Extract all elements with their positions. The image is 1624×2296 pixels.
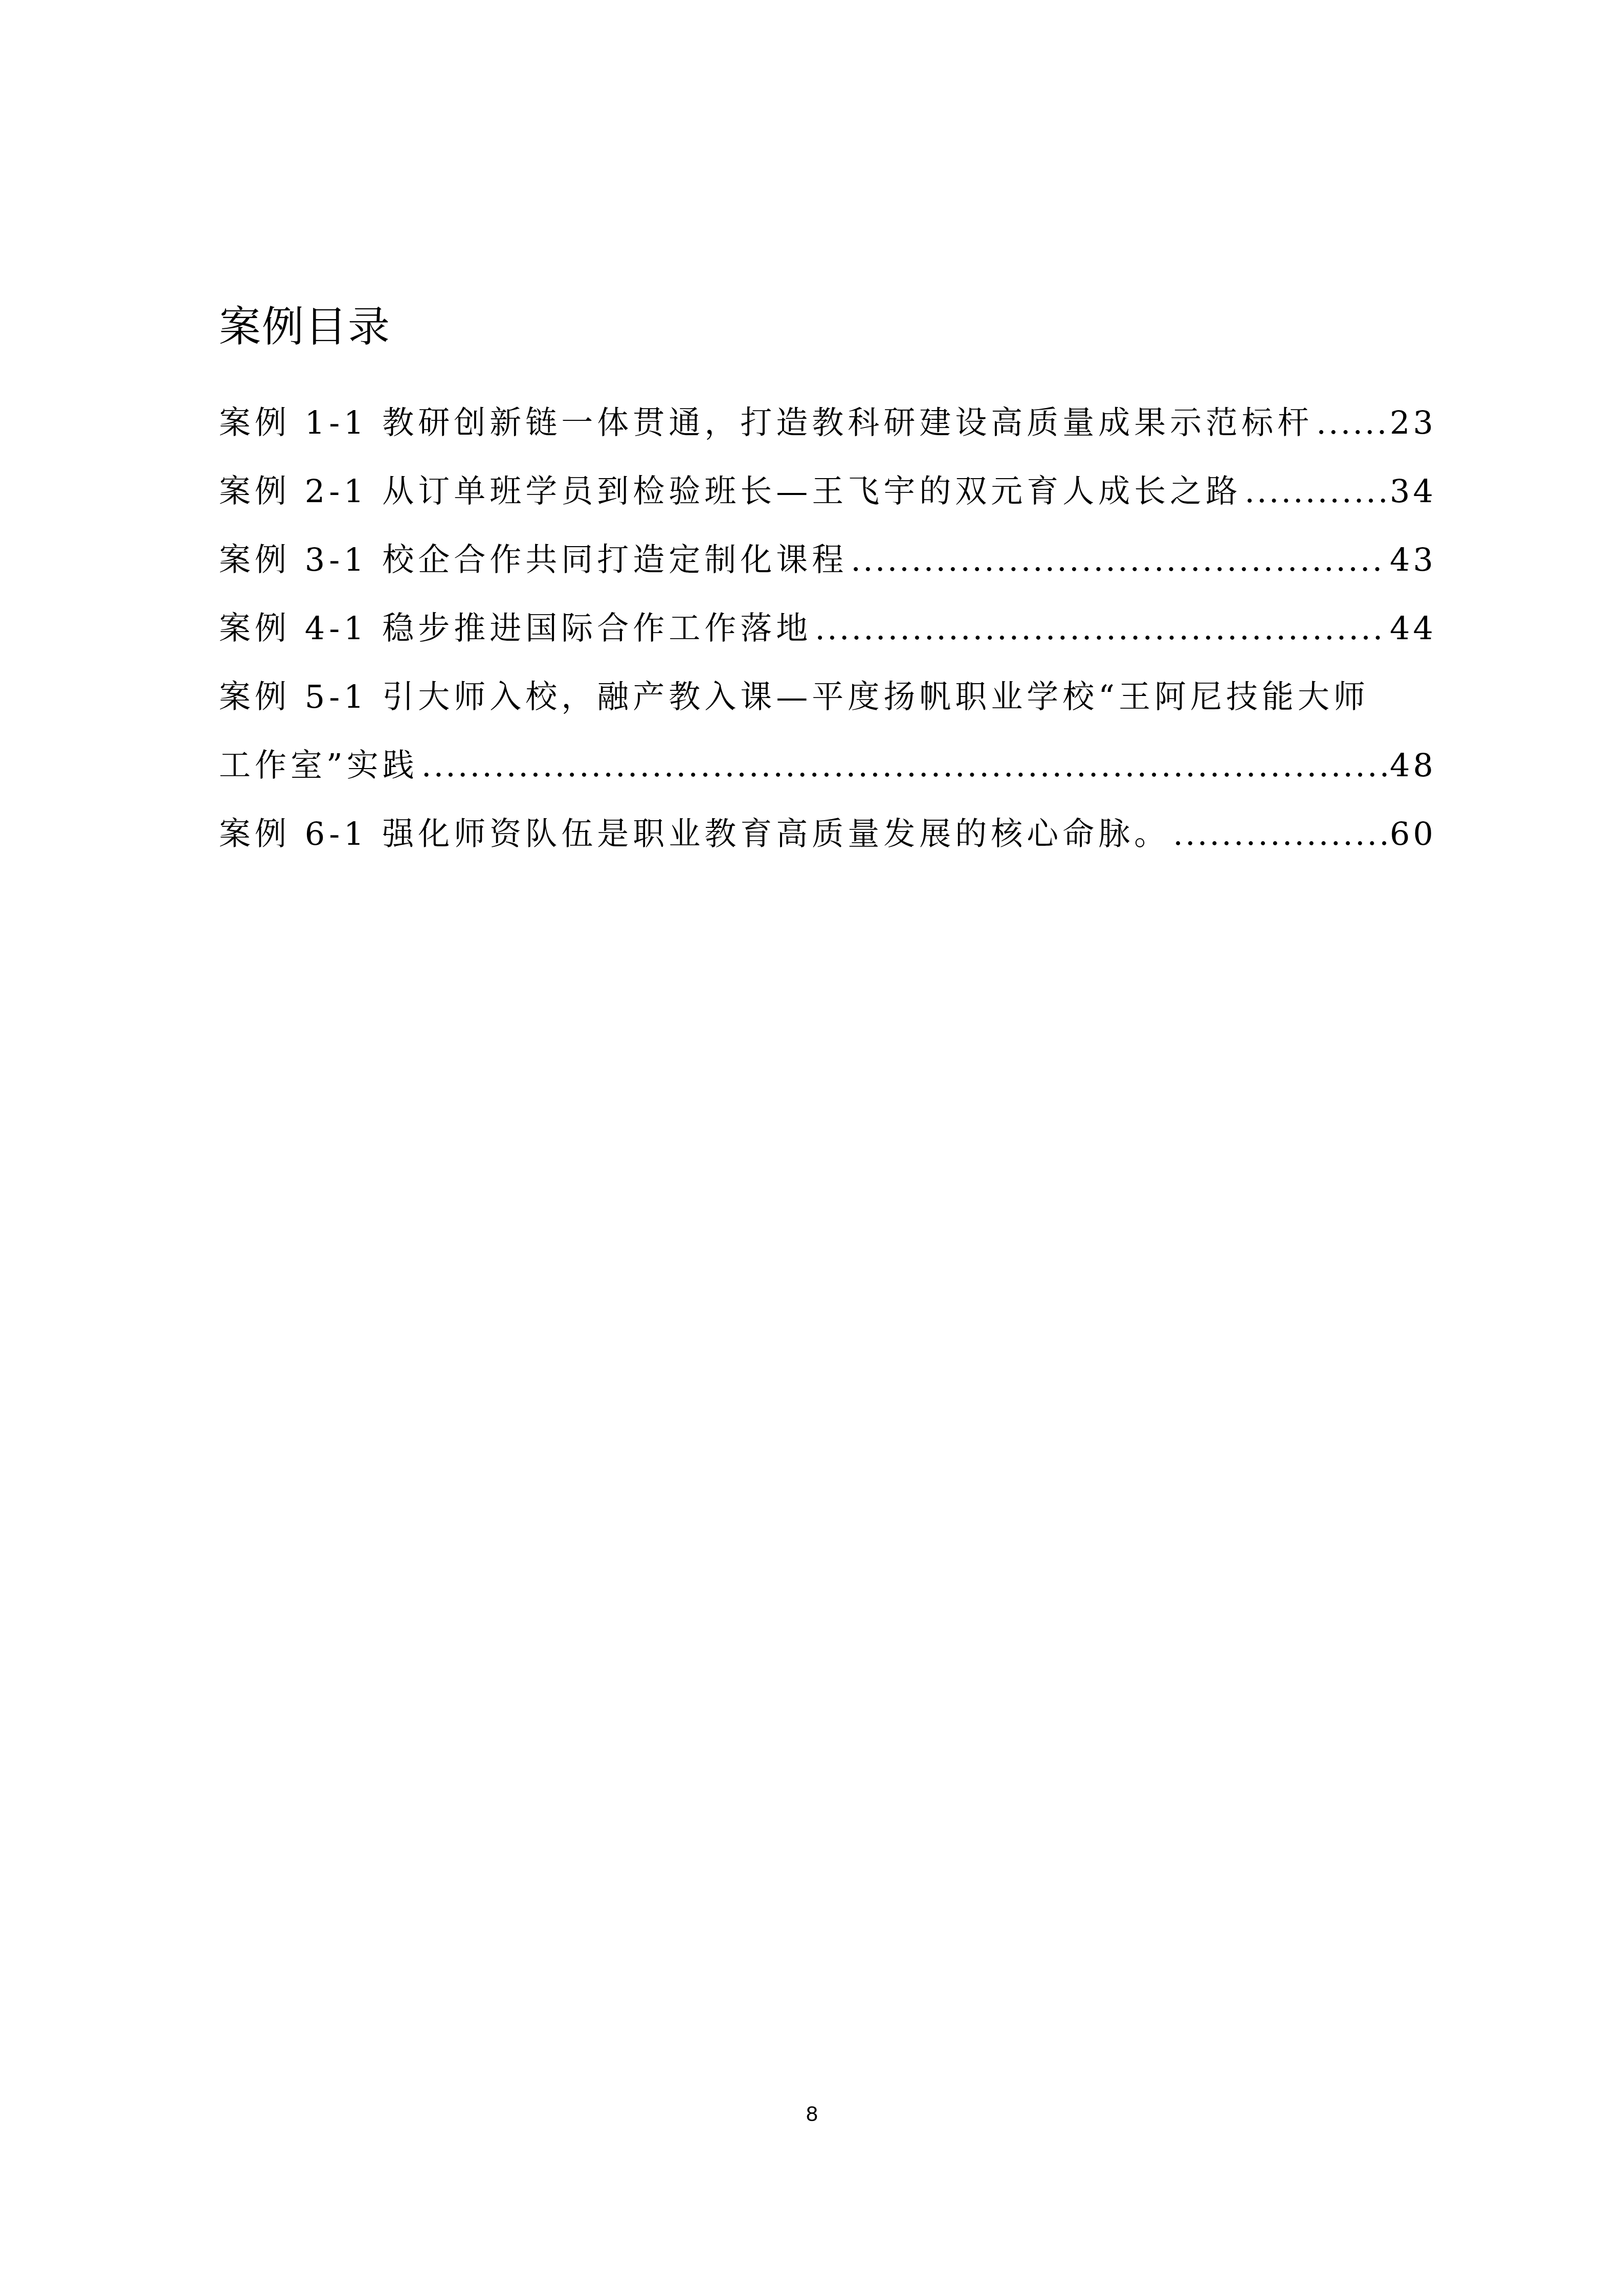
- dot-leader: [421, 731, 1387, 800]
- toc-entry-title-line2: 工作室”实践: [219, 731, 418, 800]
- table-of-contents: 案例 1-1 教研创新链一体贯通，打造教科研建设高质量成果示范标杆 23 案例 …: [219, 389, 1436, 868]
- document-page: 案例目录 案例 1-1 教研创新链一体贯通，打造教科研建设高质量成果示范标杆 2…: [0, 0, 1624, 2296]
- toc-entry-page: 60: [1390, 800, 1436, 868]
- toc-entry-page: 44: [1390, 594, 1436, 663]
- dot-leader: [1316, 389, 1387, 457]
- toc-entry-title: 案例 2-1 从订单班学员到检验班长—王飞宇的双元育人成长之路: [219, 457, 1241, 526]
- toc-entry-title: 案例 3-1 校企合作共同打造定制化课程: [219, 526, 848, 594]
- toc-entry[interactable]: 案例 4-1 稳步推进国际合作工作落地 44: [219, 594, 1436, 663]
- page-number: 8: [0, 2102, 1624, 2126]
- toc-entry[interactable]: 案例 2-1 从订单班学员到检验班长—王飞宇的双元育人成长之路 34: [219, 457, 1436, 526]
- toc-entry-page: 34: [1390, 457, 1436, 526]
- toc-title: 案例目录: [219, 299, 391, 355]
- dot-leader: [851, 526, 1387, 594]
- toc-entry-title-line1: 案例 5-1 引大师入校，融产教入课—平度扬帆职业学校“王阿尼技能大师: [219, 663, 1436, 731]
- toc-entry[interactable]: 案例 5-1 引大师入校，融产教入课—平度扬帆职业学校“王阿尼技能大师 工作室”…: [219, 663, 1436, 800]
- toc-entry-page: 48: [1390, 731, 1436, 800]
- toc-entry-page: 23: [1390, 389, 1436, 457]
- toc-entry-title: 案例 4-1 稳步推进国际合作工作落地: [219, 594, 812, 663]
- dot-leader: [1173, 800, 1387, 868]
- dot-leader: [815, 594, 1387, 663]
- toc-entry-title: 案例 1-1 教研创新链一体贯通，打造教科研建设高质量成果示范标杆: [219, 389, 1313, 457]
- toc-entry-title: 案例 6-1 强化师资队伍是职业教育高质量发展的核心命脉。: [219, 800, 1170, 868]
- toc-entry-page: 43: [1390, 526, 1436, 594]
- dot-leader: [1244, 457, 1387, 526]
- toc-entry[interactable]: 案例 3-1 校企合作共同打造定制化课程 43: [219, 526, 1436, 594]
- toc-entry[interactable]: 案例 1-1 教研创新链一体贯通，打造教科研建设高质量成果示范标杆 23: [219, 389, 1436, 457]
- toc-entry[interactable]: 案例 6-1 强化师资队伍是职业教育高质量发展的核心命脉。 60: [219, 800, 1436, 868]
